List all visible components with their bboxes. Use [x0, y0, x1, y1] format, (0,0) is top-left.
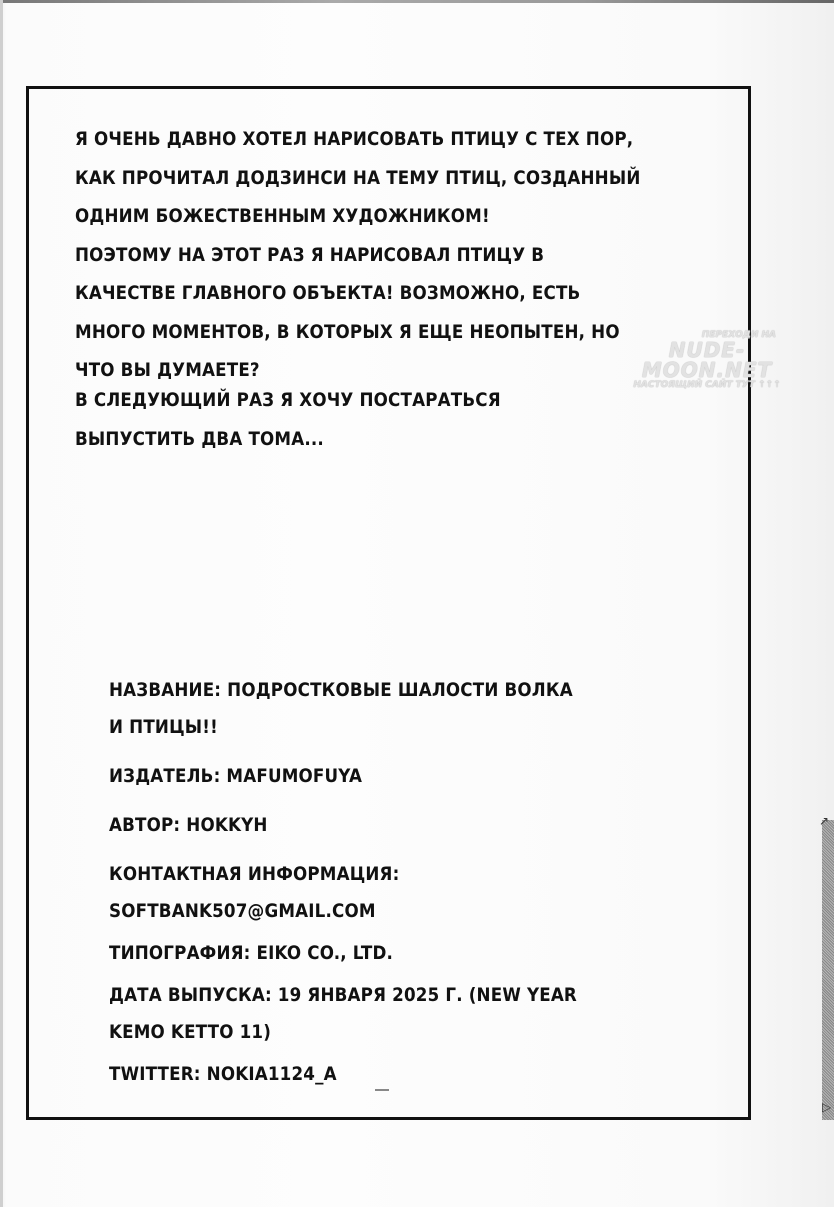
afterword-line: КАК ПРОЧИТАЛ ДОДЗИНСИ НА ТЕМУ ПТИЦ, СОЗД… — [75, 159, 640, 198]
contact-label: КОНТАКТНАЯ ИНФОРМАЦИЯ: — [109, 856, 577, 893]
watermark-line: НАСТОЯЩИЙ САЙТ ТУТ ↑↑↑ — [612, 380, 802, 390]
colophon-title-line: НАЗВАНИЕ: ПОДРОСТКОВЫЕ ШАЛОСТИ ВОЛКА — [109, 672, 577, 709]
colophon-contact: КОНТАКТНАЯ ИНФОРМАЦИЯ: SOFTBANK507@GMAIL… — [109, 856, 577, 930]
afterword-line: ОДНИМ БОЖЕСТВЕННЫМ ХУДОЖНИКОМ! — [75, 197, 640, 236]
arrow-icon: ↗ — [819, 814, 829, 828]
colophon-release-date: ДАТА ВЫПУСКА: 19 ЯНВАРЯ 2025 Г. (NEW YEA… — [109, 977, 577, 1051]
colophon-printer: ТИПОГРАФИЯ: EIKO CO., LTD. — [109, 935, 577, 972]
scan-left-edge — [0, 0, 3, 1207]
afterword-closing: В СЛЕДУЮЩИЙ РАЗ Я ХОЧУ ПОСТАРАТЬСЯ ВЫПУС… — [75, 381, 501, 458]
release-line: KEMO KETTO 11) — [109, 1014, 577, 1051]
colophon-title: НАЗВАНИЕ: ПОДРОСТКОВЫЕ ШАЛОСТИ ВОЛКА И П… — [109, 672, 577, 746]
colophon: НАЗВАНИЕ: ПОДРОСТКОВЫЕ ШАЛОСТИ ВОЛКА И П… — [109, 672, 577, 1105]
afterword-line: ВЫПУСТИТЬ ДВА ТОМА... — [75, 420, 501, 459]
afterword-line: В СЛЕДУЮЩИЙ РАЗ Я ХОЧУ ПОСТАРАТЬСЯ — [75, 381, 501, 420]
afterword-line: ПОЭТОМУ НА ЭТОТ РАЗ Я НАРИСОВАЛ ПТИЦУ В — [75, 236, 640, 275]
colophon-title-line: И ПТИЦЫ!! — [109, 709, 577, 746]
watermark-logo: NUDE-MOON.NET — [612, 340, 802, 380]
colophon-twitter: TWITTER: NOKIA1124_A — [109, 1056, 577, 1093]
colophon-publisher: ИЗДАТЕЛЬ: MAFUMOFUYA — [109, 758, 577, 795]
contact-email: SOFTBANK507@GMAIL.COM — [109, 893, 577, 930]
afterword-line: Я ОЧЕНЬ ДАВНО ХОТЕЛ НАРИСОВАТЬ ПТИЦУ С Т… — [75, 120, 640, 159]
scan-mark — [375, 1089, 389, 1091]
afterword-line: КАЧЕСТВЕ ГЛАВНОГО ОБЪЕКТА! ВОЗМОЖНО, ЕСТ… — [75, 274, 640, 313]
colophon-author: АВТОР: HOKKYH — [109, 807, 577, 844]
release-line: ДАТА ВЫПУСКА: 19 ЯНВАРЯ 2025 Г. (NEW YEA… — [109, 977, 577, 1014]
scan-top-edge — [0, 0, 834, 3]
afterword-paragraph: Я ОЧЕНЬ ДАВНО ХОТЕЛ НАРИСОВАТЬ ПТИЦУ С Т… — [75, 120, 640, 390]
triangle-right-icon: ▷ — [822, 1100, 831, 1114]
afterword-line: МНОГО МОМЕНТОВ, В КОТОРЫХ Я ЕЩЕ НЕОПЫТЕН… — [75, 313, 640, 352]
adjacent-page-strip: ↗ ▷ — [822, 820, 834, 1120]
site-watermark: ПЕРЕХОДИ НА NUDE-MOON.NET НАСТОЯЩИЙ САЙТ… — [612, 330, 802, 390]
